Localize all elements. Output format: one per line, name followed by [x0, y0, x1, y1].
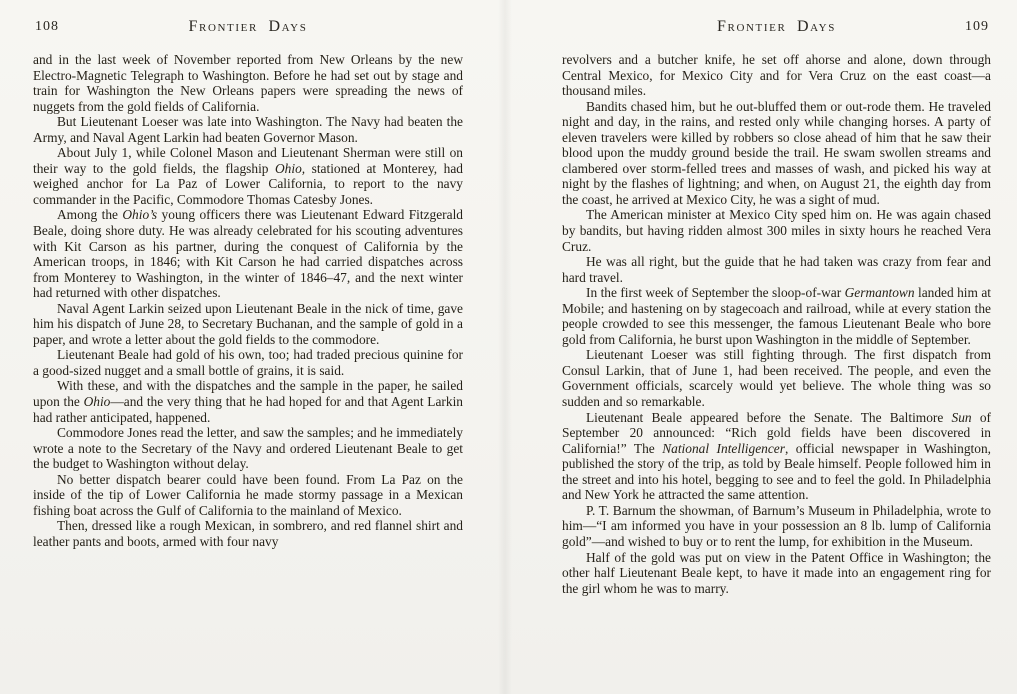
paragraph: Commodore Jones read the letter, and saw… [33, 425, 463, 472]
left-running-title: Frontier Days [33, 18, 463, 36]
paragraph: Among the Ohio’s young officers there wa… [33, 207, 463, 300]
left-page-body: and in the last week of November reporte… [33, 52, 463, 550]
paragraph: No better dispatch bearer could have bee… [33, 472, 463, 519]
paragraph: revolvers and a butcher knife, he set of… [562, 52, 991, 99]
right-running-title: Frontier Days [562, 18, 991, 36]
page-left: 108 Frontier Days and in the last week o… [33, 0, 463, 550]
paragraph: Lieutenant Loeser was still fighting thr… [562, 347, 991, 409]
paragraph: The American minister at Mexico City spe… [562, 207, 991, 254]
paragraph: Then, dressed like a rough Mexican, in s… [33, 518, 463, 549]
right-page-body: revolvers and a butcher knife, he set of… [562, 52, 991, 596]
right-page-number: 109 [965, 19, 989, 35]
paragraph: About July 1, while Colonel Mason and Li… [33, 145, 463, 207]
page-right: Frontier Days 109 revolvers and a butche… [562, 0, 991, 596]
paragraph: In the first week of September the sloop… [562, 285, 991, 347]
paragraph: P. T. Barnum the showman, of Barnum’s Mu… [562, 503, 991, 550]
paragraph: But Lieutenant Loeser was late into Wash… [33, 114, 463, 145]
paragraph: and in the last week of November reporte… [33, 52, 463, 114]
page-gutter [498, 0, 512, 694]
paragraph: Lieutenant Beale had gold of his own, to… [33, 347, 463, 378]
paragraph: Lieutenant Beale appeared before the Sen… [562, 410, 991, 503]
book-spread: 108 Frontier Days and in the last week o… [0, 0, 1017, 694]
right-page-header: Frontier Days 109 [562, 18, 991, 40]
paragraph: He was all right, but the guide that he … [562, 254, 991, 285]
paragraph: With these, and with the dispatches and … [33, 378, 463, 425]
paragraph: Bandits chased him, but he out-bluffed t… [562, 99, 991, 208]
paragraph: Naval Agent Larkin seized upon Lieutenan… [33, 301, 463, 348]
left-page-header: 108 Frontier Days [33, 18, 463, 40]
paragraph: Half of the gold was put on view in the … [562, 550, 991, 597]
